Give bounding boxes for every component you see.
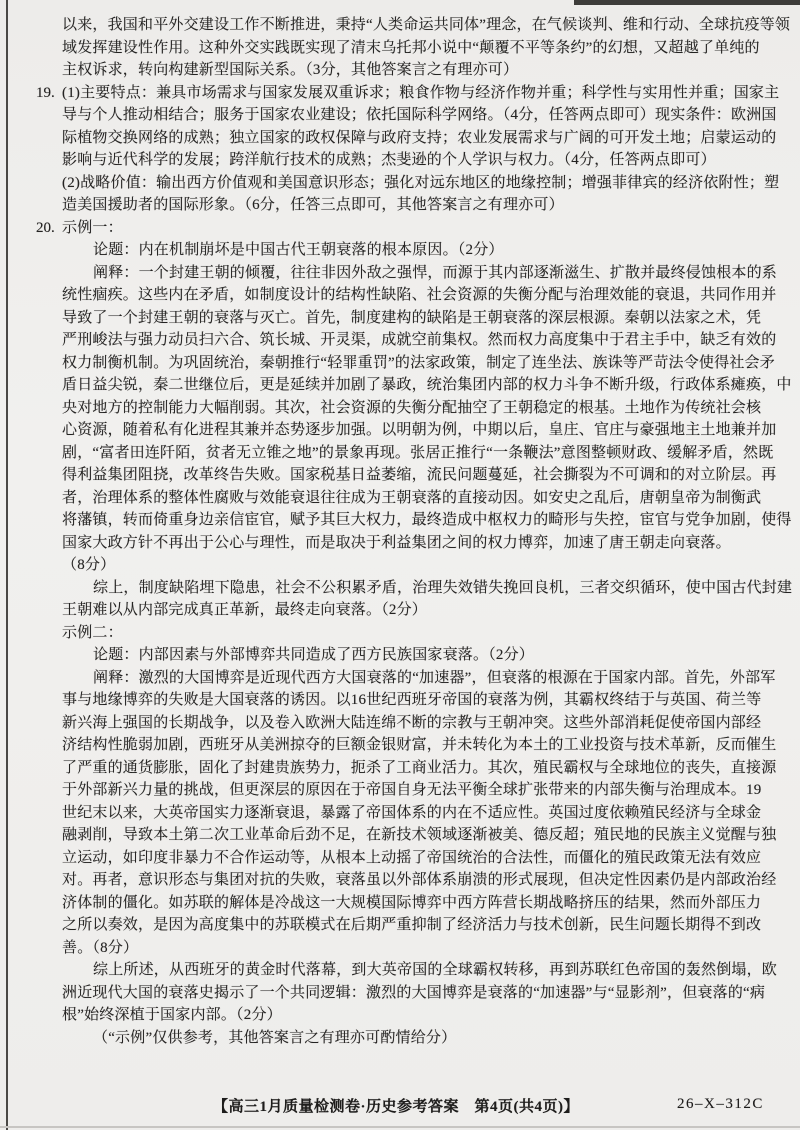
line-text: 于外部新兴力量的挑战，但更深层的原因在于帝国自身无法平衡全球扩张带来的内部失衡与… bbox=[62, 782, 761, 798]
text-line: 阐释：激烈的大国博弈是近现代西方大国衰落的“加速器”，但衰落的根源在于国家内部。… bbox=[62, 667, 800, 690]
line-text: 阐释：一个封建王朝的倾覆，往往非因外敌之强悍，而源于其内部逐渐滋生、扩散并最终侵… bbox=[93, 265, 777, 281]
line-text: 论题：内在机制崩坏是中国古代王朝衰落的根本原因。（2分） bbox=[93, 242, 504, 258]
line-text: 洲近现代大国的衰落史揭示了一个共同逻辑：激烈的大国博弈是衰落的“加速器”与“显影… bbox=[62, 985, 765, 1001]
line-text: 论题：内部因素与外部博弈共同造成了西方民族国家衰落。（2分） bbox=[93, 647, 534, 663]
text-line: 济体制的僵化。如苏联的解体是冷战这一大规模国际博弈中西方阵营长期战略挤压的结果，… bbox=[62, 892, 800, 915]
line-text: 阐释：激烈的大国博弈是近现代西方大国衰落的“加速器”，但衰落的根源在于国家内部。… bbox=[93, 670, 776, 686]
bottom-edge-line bbox=[0, 1126, 800, 1128]
text-line: 论题：内在机制崩坏是中国古代王朝衰落的根本原因。（2分） bbox=[62, 239, 800, 262]
text-line: 综上，制度缺陷埋下隐患，社会不公积累矛盾，治理失效错失挽回良机，三者交织循环，使… bbox=[62, 577, 800, 600]
line-text: 导致了一个封建王朝的衰落与灭亡。首先，制度建构的缺陷是王朝衰落的深层根源。秦朝以… bbox=[62, 310, 761, 326]
text-line: 根”始终深植于国家内部。（2分） bbox=[62, 1004, 800, 1027]
text-line: 示例二： bbox=[62, 622, 800, 645]
line-text: 综上，制度缺陷埋下隐患，社会不公积累矛盾，治理失效错失挽回良机，三者交织循环，使… bbox=[93, 580, 792, 596]
text-line: 综上所述，从西班牙的黄金时代落幕，到大英帝国的全球霸权转移，再到苏联红色帝国的轰… bbox=[62, 959, 800, 982]
line-text: 影响与近代科学的发展；跨洋航行技术的成熟；杰斐逊的个人学识与权力。（4分，任答两… bbox=[62, 152, 716, 168]
text-line: 20.示例一： bbox=[62, 217, 800, 240]
line-text: 主权诉求，转向构建新型国际关系。（3分，其他答案言之有理亦可） bbox=[62, 62, 518, 78]
text-line: 新兴海上强国的长期战争，以及卷入欧洲大陆连绵不断的宗教与王朝冲突。这些外部消耗促… bbox=[62, 712, 800, 735]
line-text: 之所以奏效，是因为高度集中的苏联模式在后期严重抑制了经济活力与技术创新，民生问题… bbox=[62, 917, 761, 933]
text-line: 导与个人推动相结合；服务于国家农业建设；依托国际科学网络。（4分，任答两点即可）… bbox=[62, 104, 800, 127]
line-text: 立运动，如印度非暴力不合作运动等，从根本上动摇了帝国统治的合法性，而僵化的殖民政… bbox=[62, 850, 761, 866]
line-text: 事与地缘博弈的失败是大国衰落的诱因。以16世纪西班牙帝国的衰落为例，其霸权终结于… bbox=[62, 692, 761, 708]
line-text: 造美国援助者的国际形象。（6分，任答三点即可，其他答案言之有理亦可） bbox=[62, 197, 564, 213]
text-line: 立运动，如印度非暴力不合作运动等，从根本上动摇了帝国统治的合法性，而僵化的殖民政… bbox=[62, 847, 800, 870]
line-text: 得利益集团阻挠，改革终告失败。国家税基日益萎缩，流民问题蔓延，社会撕裂为不可调和… bbox=[62, 467, 776, 483]
paper-code: 26–X–312C bbox=[677, 1096, 764, 1113]
text-line: 论题：内部因素与外部博弈共同造成了西方民族国家衰落。（2分） bbox=[62, 644, 800, 667]
text-line: 济结构性脆弱加剧，西班牙从美洲掠夺的巨额金银财富，并未转化为本土的工业投资与技术… bbox=[62, 734, 800, 757]
text-line: （“示例”仅供参考，其他答案言之有理亦可酌情给分） bbox=[62, 1027, 800, 1050]
line-text: 综上所述，从西班牙的黄金时代落幕，到大英帝国的全球霸权转移，再到苏联红色帝国的轰… bbox=[93, 962, 777, 978]
line-text: 王朝难以从内部完成真正革新，最终走向衰落。（2分） bbox=[62, 602, 427, 618]
line-text: 者，治理体系的整体性腐败与效能衰退往往成为王朝衰落的直接动因。如安史之乱后，唐朝… bbox=[62, 490, 761, 506]
text-line: 王朝难以从内部完成真正革新，最终走向衰落。（2分） bbox=[62, 599, 800, 622]
text-line: 阐释：一个封建王朝的倾覆，往往非因外敌之强悍，而源于其内部逐渐滋生、扩散并最终侵… bbox=[62, 262, 800, 285]
line-text: 心资源，随着私有化进程其兼并态势逐步加强。以明朝为例，中期以后，皇庄、官庄与豪强… bbox=[62, 422, 776, 438]
text-line: 际植物交换网络的成熟；独立国家的政权保障与政府支持；农业发展需求与广阔的可开发土… bbox=[62, 127, 800, 150]
line-text: 央对地方的控制能力大幅削弱。其次，社会资源的失衡分配抽空了王朝稳定的根基。土地作… bbox=[62, 400, 761, 416]
text-line: 统性痼疾。这些内在矛盾，如制度设计的结构性缺陷、社会资源的失衡分配与治理效能的衰… bbox=[62, 284, 800, 307]
line-text: 世纪末以来，大英帝国实力逐渐衰退，暴露了帝国体系的内在不适应性。英国过度依赖殖民… bbox=[62, 805, 761, 821]
text-line: 善。（8分） bbox=[62, 937, 800, 960]
line-text: 际植物交换网络的成熟；独立国家的政权保障与政府支持；农业发展需求与广阔的可开发土… bbox=[62, 130, 776, 146]
line-text: 根”始终深植于国家内部。（2分） bbox=[62, 1007, 282, 1023]
line-text: 善。（8分） bbox=[62, 940, 138, 956]
line-text: 权力制衡机制。为巩固统治，秦朝推行“轻罪重罚”的法家政策，制定了连坐法、族诛等严… bbox=[62, 355, 775, 371]
question-number: 20. bbox=[36, 217, 55, 240]
text-line: 主权诉求，转向构建新型国际关系。（3分，其他答案言之有理亦可） bbox=[62, 59, 800, 82]
text-line: 剧，“富者田连阡陌，贫者无立锥之地”的景象再现。张居正推行“一条鞭法”意图整顿财… bbox=[62, 442, 800, 465]
line-text: 新兴海上强国的长期战争，以及卷入欧洲大陆连绵不断的宗教与王朝冲突。这些外部消耗促… bbox=[62, 715, 761, 731]
line-text: 济体制的僵化。如苏联的解体是冷战这一大规模国际博弈中西方阵营长期战略挤压的结果，… bbox=[62, 895, 761, 911]
line-text: （8分） bbox=[62, 557, 115, 573]
text-line: 影响与近代科学的发展；跨洋航行技术的成熟；杰斐逊的个人学识与权力。（4分，任答两… bbox=[62, 149, 800, 172]
line-text: 统性痼疾。这些内在矛盾，如制度设计的结构性缺陷、社会资源的失衡分配与治理效能的衰… bbox=[62, 287, 776, 303]
line-text: 示例一： bbox=[62, 220, 123, 236]
line-text: 导与个人推动相结合；服务于国家农业建设；依托国际科学网络。（4分，任答两点即可）… bbox=[62, 107, 777, 123]
text-line: （8分） bbox=[62, 554, 800, 577]
text-line: 域发挥建设性作用。这种外交实践既实现了清末乌托邦小说中“颠覆不平等条约”的幻想，… bbox=[62, 37, 800, 60]
text-line: 事与地缘博弈的失败是大国衰落的诱因。以16世纪西班牙帝国的衰落为例，其霸权终结于… bbox=[62, 689, 800, 712]
line-text: 对。再者，意识形态与集团对抗的失败，衰落虽以外部体系崩溃的形式展现，但决定性因素… bbox=[62, 872, 776, 888]
text-line: 心资源，随着私有化进程其兼并态势逐步加强。以明朝为例，中期以后，皇庄、官庄与豪强… bbox=[62, 419, 800, 442]
page-footer: 【高三1月质量检测卷·历史参考答案 第4页(共4页)】 26–X–312C bbox=[0, 1095, 800, 1119]
line-text: 盾日益尖锐，秦二世继位后，更是延续并加剧了暴政，统治集团内部的权力斗争不断升级，… bbox=[62, 377, 792, 393]
text-line: 洲近现代大国的衰落史揭示了一个共同逻辑：激烈的大国博弈是衰落的“加速器”与“显影… bbox=[62, 982, 800, 1005]
text-line: 者，治理体系的整体性腐败与效能衰退往往成为王朝衰落的直接动因。如安史之乱后，唐朝… bbox=[62, 487, 800, 510]
text-line: 造美国援助者的国际形象。（6分，任答三点即可，其他答案言之有理亦可） bbox=[62, 194, 800, 217]
text-line: 权力制衡机制。为巩固统治，秦朝推行“轻罪重罚”的法家政策，制定了连坐法、族诛等严… bbox=[62, 352, 800, 375]
line-text: 国家大政方针不再出于公心与理性，而是取决于利益集团之间的权力博弈，加速了唐王朝走… bbox=[62, 535, 731, 551]
text-line: (2)战略价值：输出西方价值观和美国意识形态；强化对远东地区的地缘控制；增强菲律… bbox=[62, 172, 800, 195]
text-line: 严刑峻法与强力动员扫六合、筑长城、开灵渠，成就空前集权。然而权力高度集中于君主手… bbox=[62, 329, 800, 352]
line-text: （“示例”仅供参考，其他答案言之有理亦可酌情给分） bbox=[93, 1030, 456, 1046]
line-text: 严刑峻法与强力动员扫六合、筑长城、开灵渠，成就空前集权。然而权力高度集中于君主手… bbox=[62, 332, 776, 348]
text-line: 世纪末以来，大英帝国实力逐渐衰退，暴露了帝国体系的内在不适应性。英国过度依赖殖民… bbox=[62, 802, 800, 825]
line-text: 剧，“富者田连阡陌，贫者无立锥之地”的景象再现。张居正推行“一条鞭法”意图整顿财… bbox=[62, 445, 773, 461]
text-line: 融剥削，导致本土第二次工业革命后劲不足，在新技术领域逐渐被美、德反超；殖民地的民… bbox=[62, 824, 800, 847]
line-text: 济结构性脆弱加剧，西班牙从美洲掠夺的巨额金银财富，并未转化为本土的工业投资与技术… bbox=[62, 737, 776, 753]
text-line: 对。再者，意识形态与集团对抗的失败，衰落虽以外部体系崩溃的形式展现，但决定性因素… bbox=[62, 869, 800, 892]
text-line: 央对地方的控制能力大幅削弱。其次，社会资源的失衡分配抽空了王朝稳定的根基。土地作… bbox=[62, 397, 800, 420]
line-text: (1)主要特点：兼具市场需求与国家发展双重诉求；粮食作物与经济作物并重；科学性与… bbox=[62, 85, 779, 101]
text-line: 将藩镇，转而倚重身边亲信宦官，赋予其巨大权力，最终造成中枢权力的畸形与失控，宦官… bbox=[62, 509, 800, 532]
line-text: 域发挥建设性作用。这种外交实践既实现了清末乌托邦小说中“颠覆不平等条约”的幻想，… bbox=[62, 40, 760, 56]
line-text: 将藩镇，转而倚重身边亲信宦官，赋予其巨大权力，最终造成中枢权力的畸形与失控，宦官… bbox=[62, 512, 792, 528]
line-text: 融剥削，导致本土第二次工业革命后劲不足，在新技术领域逐渐被美、德反超；殖民地的民… bbox=[62, 827, 776, 843]
footer-caption: 【高三1月质量检测卷·历史参考答案 第4页(共4页)】 bbox=[0, 1095, 792, 1116]
top-edge-band bbox=[574, 0, 800, 5]
text-line: 19.(1)主要特点：兼具市场需求与国家发展双重诉求；粮食作物与经济作物并重；科… bbox=[62, 82, 800, 105]
text-line: 导致了一个封建王朝的衰落与灭亡。首先，制度建构的缺陷是王朝衰落的深层根源。秦朝以… bbox=[62, 307, 800, 330]
text-line: 以来，我国和平外交建设工作不断推进，秉持“人类命运共同体”理念，在气候谈判、维和… bbox=[62, 14, 800, 37]
line-text: 了严重的通货膨胀，固化了封建贵族势力，扼杀了工商业活力。其次，殖民霸权与全球地位… bbox=[62, 760, 776, 776]
scan-page: { "page": { "background": "#efeeec", "in… bbox=[0, 0, 800, 1130]
text-line: 了严重的通货膨胀，固化了封建贵族势力，扼杀了工商业活力。其次，殖民霸权与全球地位… bbox=[62, 757, 800, 780]
text-line: 于外部新兴力量的挑战，但更深层的原因在于帝国自身无法平衡全球扩张带来的内部失衡与… bbox=[62, 779, 800, 802]
question-number: 19. bbox=[36, 82, 55, 105]
line-text: 示例二： bbox=[62, 625, 123, 641]
text-line: 之所以奏效，是因为高度集中的苏联模式在后期严重抑制了经济活力与技术创新，民生问题… bbox=[62, 914, 800, 937]
text-line: 国家大政方针不再出于公心与理性，而是取决于利益集团之间的权力博弈，加速了唐王朝走… bbox=[62, 532, 800, 555]
document-text: 以来，我国和平外交建设工作不断推进，秉持“人类命运共同体”理念，在气候谈判、维和… bbox=[0, 14, 800, 1049]
text-line: 盾日益尖锐，秦二世继位后，更是延续并加剧了暴政，统治集团内部的权力斗争不断升级，… bbox=[62, 374, 800, 397]
line-text: 以来，我国和平外交建设工作不断推进，秉持“人类命运共同体”理念，在气候谈判、维和… bbox=[62, 17, 790, 33]
text-line: 得利益集团阻挠，改革终告失败。国家税基日益萎缩，流民问题蔓延，社会撕裂为不可调和… bbox=[62, 464, 800, 487]
line-text: (2)战略价值：输出西方价值观和美国意识形态；强化对远东地区的地缘控制；增强菲律… bbox=[62, 175, 779, 191]
